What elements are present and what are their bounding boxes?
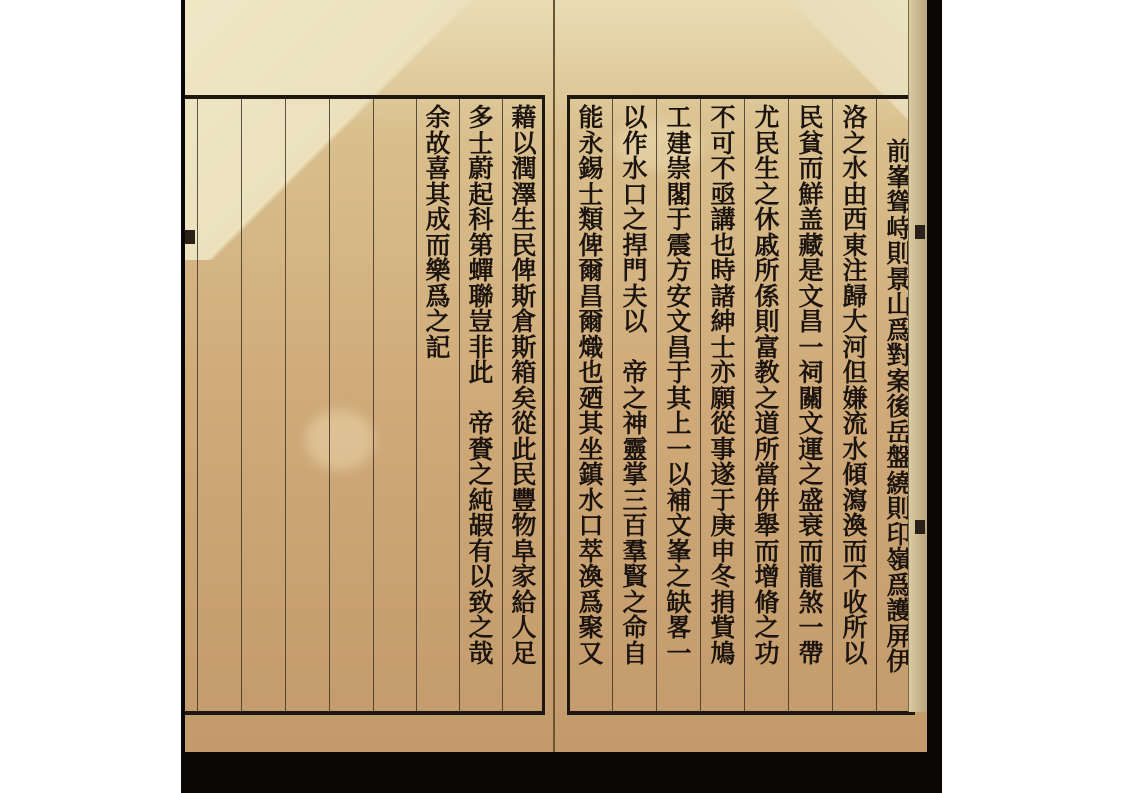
glyph: 生 — [754, 156, 779, 182]
glyph: 之 — [622, 207, 647, 233]
glyph: 藉 — [511, 105, 536, 131]
glyph: 併 — [754, 488, 779, 514]
book-edge — [908, 0, 927, 712]
glyph: 所 — [842, 615, 867, 641]
glyph: 夫 — [622, 284, 647, 310]
glyph: 尤 — [754, 105, 779, 131]
glyph: 諸 — [710, 284, 735, 310]
glyph: 文 — [666, 309, 691, 335]
glyph: 錫 — [578, 156, 603, 182]
glyph: 起 — [468, 182, 493, 208]
glyph: 文 — [798, 284, 823, 310]
glyph: 賢 — [622, 564, 647, 590]
glyph: 貲 — [710, 615, 735, 641]
glyph: 一 — [798, 335, 823, 361]
glyph: 非 — [468, 335, 493, 361]
glyph: 水 — [622, 156, 647, 182]
glyph: 願 — [710, 386, 735, 412]
glyph: 喜 — [425, 156, 450, 182]
glyph: 之 — [842, 131, 867, 157]
glyph: 也 — [578, 360, 603, 386]
glyph: 所 — [754, 258, 779, 284]
glyph: 此 — [511, 437, 536, 463]
column-rule — [459, 99, 460, 711]
glyph: 民 — [511, 233, 536, 259]
glyph: 足 — [511, 641, 536, 667]
text-column: 藉以潤澤生民俾斯倉斯箱矣從此民豐物阜家給人足 — [507, 105, 541, 666]
column-rule — [832, 99, 833, 711]
glyph: 之 — [666, 564, 691, 590]
glyph: 流 — [842, 411, 867, 437]
glyph: 于 — [666, 207, 691, 233]
glyph: 聯 — [468, 284, 493, 310]
glyph: 澤 — [511, 182, 536, 208]
glyph: 亦 — [710, 360, 735, 386]
glyph: 昌 — [798, 309, 823, 335]
binding-tab — [185, 230, 195, 244]
glyph: 作 — [622, 131, 647, 157]
glyph: 事 — [710, 437, 735, 463]
right-page-frame: 前峯聳峙則景山爲對案後岳盤繞則印嶺爲護屏伊 洛之水由西東注歸大河但嫌流水傾瀉渙而… — [567, 95, 915, 715]
glyph: 昌 — [666, 335, 691, 361]
glyph: 貧 — [798, 131, 823, 157]
glyph: 大 — [842, 309, 867, 335]
glyph: 而 — [425, 233, 450, 259]
column-rule — [876, 99, 877, 711]
glyph: 樂 — [425, 258, 450, 284]
glyph: 物 — [511, 513, 536, 539]
glyph: 運 — [798, 437, 823, 463]
right-page: 前峯聳峙則景山爲對案後岳盤繞則印嶺爲護屏伊 洛之水由西東注歸大河但嫌流水傾瀉渙而… — [555, 0, 927, 752]
glyph: 故 — [425, 131, 450, 157]
glyph: 由 — [842, 182, 867, 208]
glyph: 門 — [622, 258, 647, 284]
glyph: 于 — [710, 488, 735, 514]
glyph: 羣 — [622, 539, 647, 565]
glyph: 爾 — [578, 258, 603, 284]
glyph: 申 — [710, 539, 735, 565]
glyph: 之 — [798, 462, 823, 488]
glyph: 衰 — [798, 513, 823, 539]
glyph: 爲 — [425, 284, 450, 310]
glyph: 講 — [710, 207, 735, 233]
glyph: 之 — [622, 590, 647, 616]
glyph: 道 — [754, 411, 779, 437]
glyph: 以 — [842, 641, 867, 667]
glyph: 是 — [798, 258, 823, 284]
glyph: 而 — [842, 539, 867, 565]
glyph: 賚 — [468, 437, 493, 463]
glyph: 以 — [622, 309, 647, 335]
glyph: 洛 — [842, 105, 867, 131]
glyph: 人 — [511, 615, 536, 641]
glyph: 脩 — [754, 590, 779, 616]
glyph: 而 — [798, 539, 823, 565]
column-rule — [744, 99, 745, 711]
glyph: 倉 — [511, 309, 536, 335]
glyph: 文 — [666, 513, 691, 539]
glyph: 西 — [842, 207, 867, 233]
glyph: 以 — [468, 564, 493, 590]
glyph: 口 — [622, 182, 647, 208]
column-rule — [285, 99, 286, 711]
glyph: 三 — [622, 488, 647, 514]
glyph: 之 — [468, 462, 493, 488]
text-column: 工建崇閣于震方安文昌于其上一以補文峯之缺畧一 — [662, 105, 696, 666]
glyph: 昌 — [578, 284, 603, 310]
column-rule — [197, 99, 198, 711]
glyph: 嘏 — [468, 513, 493, 539]
glyph: 矣 — [511, 386, 536, 412]
glyph: 鎮 — [578, 462, 603, 488]
glyph: 蟬 — [468, 258, 493, 284]
glyph: 其 — [425, 182, 450, 208]
text-column: 洛之水由西東注歸大河但嫌流水傾瀉渙而不收所以 — [838, 105, 872, 666]
glyph: 萃 — [578, 539, 603, 565]
glyph: 帝 — [468, 411, 493, 437]
glyph: 可 — [710, 131, 735, 157]
text-column: 能永錫士類俾爾昌爾熾也廼其坐鎮水口萃渙爲聚又 — [574, 105, 608, 666]
glyph: 上 — [666, 411, 691, 437]
glyph: 豈 — [468, 309, 493, 335]
glyph — [622, 335, 647, 361]
glyph: 係 — [754, 284, 779, 310]
glyph: 河 — [842, 335, 867, 361]
glyph: 自 — [622, 641, 647, 667]
glyph: 一 — [666, 437, 691, 463]
glyph: 閣 — [666, 182, 691, 208]
glyph: 嫌 — [842, 386, 867, 412]
left-page: 藉以潤澤生民俾斯倉斯箱矣從此民豐物阜家給人足 多士蔚起科第蟬聯豈非此 帝賚之純嘏… — [185, 0, 555, 752]
text-column: 不可不亟講也時諸紳士亦願從事遂于庚申冬捐貲鳩 — [706, 105, 740, 666]
glyph: 亟 — [710, 182, 735, 208]
glyph: 捐 — [710, 590, 735, 616]
glyph: 此 — [468, 360, 493, 386]
glyph — [468, 386, 493, 412]
column-rule — [656, 99, 657, 711]
glyph: 家 — [511, 564, 536, 590]
glyph: 缺 — [666, 590, 691, 616]
glyph: 其 — [578, 411, 603, 437]
glyph: 增 — [754, 564, 779, 590]
glyph: 不 — [710, 105, 735, 131]
glyph: 補 — [666, 488, 691, 514]
glyph: 之 — [754, 386, 779, 412]
glyph: 水 — [578, 488, 603, 514]
glyph: 戚 — [754, 233, 779, 259]
glyph: 爾 — [578, 309, 603, 335]
glyph: 庚 — [710, 513, 735, 539]
glyph: 工 — [666, 105, 691, 131]
glyph: 而 — [798, 156, 823, 182]
glyph: 建 — [666, 131, 691, 157]
glyph: 崇 — [666, 156, 691, 182]
glyph: 文 — [798, 411, 823, 437]
glyph: 聚 — [578, 615, 603, 641]
glyph: 能 — [578, 105, 603, 131]
glyph: 收 — [842, 590, 867, 616]
glyph: 當 — [754, 462, 779, 488]
glyph: 方 — [666, 258, 691, 284]
glyph: 靈 — [622, 437, 647, 463]
glyph: 俾 — [511, 258, 536, 284]
glyph: 斯 — [511, 284, 536, 310]
glyph: 以 — [622, 105, 647, 131]
glyph: 不 — [710, 156, 735, 182]
binding-tab — [915, 225, 925, 239]
glyph: 而 — [754, 539, 779, 565]
glyph: 永 — [578, 131, 603, 157]
glyph: 帝 — [622, 360, 647, 386]
glyph: 水 — [842, 437, 867, 463]
glyph: 鳩 — [710, 641, 735, 667]
glyph: 純 — [468, 488, 493, 514]
column-rule — [502, 99, 503, 711]
glyph: 民 — [511, 462, 536, 488]
glyph: 坐 — [578, 437, 603, 463]
glyph: 蔚 — [468, 156, 493, 182]
glyph: 煞 — [798, 590, 823, 616]
glyph: 神 — [622, 411, 647, 437]
glyph: 不 — [842, 564, 867, 590]
glyph: 民 — [798, 105, 823, 131]
glyph: 哉 — [468, 641, 493, 667]
glyph: 鮮 — [798, 182, 823, 208]
column-rule — [373, 99, 374, 711]
text-column: 尤民生之休戚所係則富教之道所當併舉而增脩之功 — [750, 105, 784, 666]
glyph: 富 — [754, 335, 779, 361]
glyph: 余 — [425, 105, 450, 131]
glyph: 祠 — [798, 360, 823, 386]
glyph: 以 — [511, 131, 536, 157]
text-column: 以作水口之捍門夫以 帝之神靈掌三百羣賢之命自 — [618, 105, 652, 666]
glyph: 類 — [578, 207, 603, 233]
column-rule — [700, 99, 701, 711]
book-scan: 藉以潤澤生民俾斯倉斯箱矣從此民豐物阜家給人足 多士蔚起科第蟬聯豈非此 帝賚之純嘏… — [181, 0, 942, 793]
column-rule — [788, 99, 789, 711]
glyph: 多 — [468, 105, 493, 131]
glyph: 斯 — [511, 335, 536, 361]
glyph: 于 — [666, 360, 691, 386]
glyph: 帶 — [798, 641, 823, 667]
glyph: 記 — [425, 335, 450, 361]
glyph: 給 — [511, 590, 536, 616]
glyph: 峯 — [666, 539, 691, 565]
glyph: 盖 — [798, 207, 823, 233]
column-rule — [612, 99, 613, 711]
glyph: 也 — [710, 233, 735, 259]
glyph: 舉 — [754, 513, 779, 539]
glyph: 廼 — [578, 386, 603, 412]
text-column: 多士蔚起科第蟬聯豈非此 帝賚之純嘏有以致之哉 — [464, 105, 498, 666]
binding-tab — [915, 520, 925, 534]
left-page-frame: 藉以潤澤生民俾斯倉斯箱矣從此民豐物阜家給人足 多士蔚起科第蟬聯豈非此 帝賚之純嘏… — [185, 95, 545, 715]
column-rule — [416, 99, 417, 711]
glyph: 熾 — [578, 335, 603, 361]
glyph: 一 — [666, 641, 691, 667]
glyph: 震 — [666, 233, 691, 259]
glyph: 藏 — [798, 233, 823, 259]
glyph: 有 — [468, 539, 493, 565]
column-rule — [241, 99, 242, 711]
glyph: 盛 — [798, 488, 823, 514]
glyph: 則 — [754, 309, 779, 335]
glyph: 畧 — [666, 615, 691, 641]
glyph: 豐 — [511, 488, 536, 514]
glyph: 渙 — [578, 564, 603, 590]
glyph: 紳 — [710, 309, 735, 335]
glyph: 士 — [710, 335, 735, 361]
column-rule — [329, 99, 330, 711]
glyph: 歸 — [842, 284, 867, 310]
glyph: 所 — [754, 437, 779, 463]
glyph: 遂 — [710, 462, 735, 488]
glyph: 箱 — [511, 360, 536, 386]
glyph: 一 — [798, 615, 823, 641]
glyph: 其 — [666, 386, 691, 412]
glyph: 水 — [842, 156, 867, 182]
glyph: 之 — [425, 309, 450, 335]
glyph: 關 — [798, 386, 823, 412]
glyph: 安 — [666, 284, 691, 310]
glyph: 龍 — [798, 564, 823, 590]
glyph: 之 — [622, 386, 647, 412]
glyph: 冬 — [710, 564, 735, 590]
glyph: 士 — [578, 182, 603, 208]
glyph: 之 — [468, 615, 493, 641]
glyph: 民 — [754, 131, 779, 157]
glyph: 科 — [468, 207, 493, 233]
glyph: 口 — [578, 513, 603, 539]
glyph: 百 — [622, 513, 647, 539]
glyph: 生 — [511, 207, 536, 233]
glyph: 休 — [754, 207, 779, 233]
glyph: 阜 — [511, 539, 536, 565]
glyph: 東 — [842, 233, 867, 259]
glyph: 第 — [468, 233, 493, 259]
glyph: 士 — [468, 131, 493, 157]
glyph: 俾 — [578, 233, 603, 259]
glyph: 爲 — [578, 590, 603, 616]
glyph: 傾 — [842, 462, 867, 488]
glyph: 從 — [511, 411, 536, 437]
text-column: 余故喜其成而樂爲之記 — [421, 105, 455, 360]
glyph: 成 — [425, 207, 450, 233]
glyph: 從 — [710, 411, 735, 437]
glyph: 以 — [666, 462, 691, 488]
glyph: 掌 — [622, 462, 647, 488]
glyph: 又 — [578, 641, 603, 667]
glyph: 注 — [842, 258, 867, 284]
glyph: 但 — [842, 360, 867, 386]
glyph: 之 — [754, 615, 779, 641]
glyph: 之 — [754, 182, 779, 208]
glyph: 時 — [710, 258, 735, 284]
glyph: 命 — [622, 615, 647, 641]
glyph: 教 — [754, 360, 779, 386]
glyph: 瀉 — [842, 488, 867, 514]
glyph: 致 — [468, 590, 493, 616]
glyph: 捍 — [622, 233, 647, 259]
glyph: 功 — [754, 641, 779, 667]
text-column: 民貧而鮮盖藏是文昌一祠關文運之盛衰而龍煞一帶 — [794, 105, 828, 666]
glyph: 潤 — [511, 156, 536, 182]
glyph: 渙 — [842, 513, 867, 539]
